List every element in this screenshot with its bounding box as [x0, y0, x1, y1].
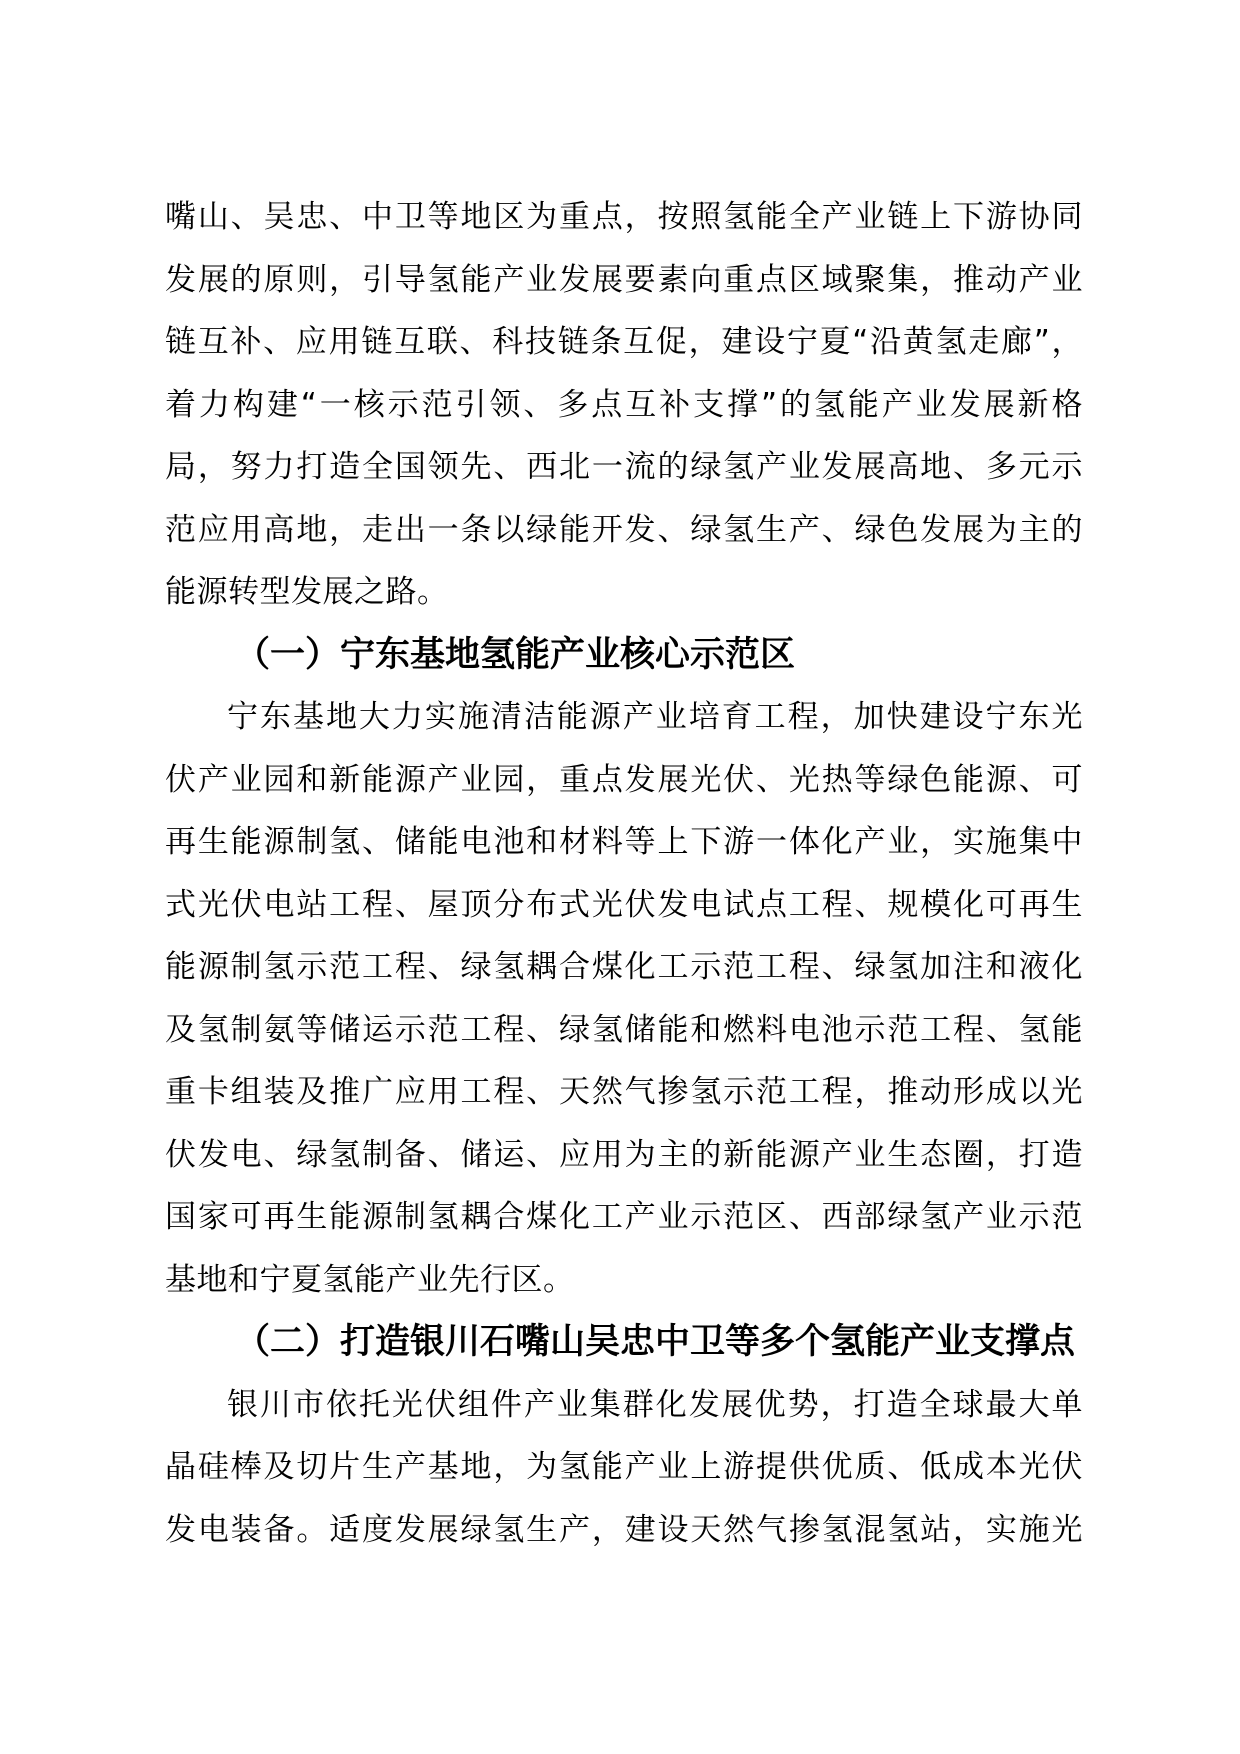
paragraph-section-2: 银川市依托光伏组件产业集群化发展优势，打造全球最大单 晶硅棒及切片生产基地，为氢…: [165, 1374, 1083, 1562]
body-line: 及氢制氨等储运示范工程、绿氢储能和燃料电池示范工程、氢能: [165, 999, 1083, 1062]
body-line: 基地和宁夏氢能产业先行区。: [165, 1249, 1083, 1312]
paragraph-continuation: 嘴山、吴忠、中卫等地区为重点，按照氢能全产业链上下游协同 发展的原则，引导氢能产…: [165, 186, 1083, 624]
body-line: 国家可再生能源制氢耦合煤化工产业示范区、西部绿氢产业示范: [165, 1186, 1083, 1249]
body-line: 局，努力打造全国领先、西北一流的绿氢产业发展高地、多元示: [165, 436, 1083, 499]
body-line: 晶硅棒及切片生产基地，为氢能产业上游提供优质、低成本光伏: [165, 1436, 1083, 1499]
section-heading-1: （一）宁东基地氢能产业核心示范区: [165, 624, 1083, 687]
body-line: 再生能源制氢、储能电池和材料等上下游一体化产业，实施集中: [165, 811, 1083, 874]
body-line: 发展的原则，引导氢能产业发展要素向重点区域聚集，推动产业: [165, 249, 1083, 312]
page-body: 嘴山、吴忠、中卫等地区为重点，按照氢能全产业链上下游协同 发展的原则，引导氢能产…: [165, 186, 1083, 1561]
body-line: 范应用高地，走出一条以绿能开发、绿氢生产、绿色发展为主的: [165, 499, 1083, 562]
body-line: 伏发电、绿氢制备、储运、应用为主的新能源产业生态圈，打造: [165, 1124, 1083, 1187]
paragraph-section-1: 宁东基地大力实施清洁能源产业培育工程，加快建设宁东光 伏产业园和新能源产业园，重…: [165, 686, 1083, 1311]
body-line: 着力构建“一核示范引领、多点互补支撑”的氢能产业发展新格: [165, 374, 1083, 437]
document-page: 嘴山、吴忠、中卫等地区为重点，按照氢能全产业链上下游协同 发展的原则，引导氢能产…: [0, 0, 1240, 1754]
section-heading-2: （二）打造银川石嘴山吴忠中卫等多个氢能产业支撑点: [165, 1311, 1083, 1374]
body-line: 发电装备。适度发展绿氢生产，建设天然气掺氢混氢站，实施光: [165, 1499, 1083, 1562]
body-line: 式光伏电站工程、屋顶分布式光伏发电试点工程、规模化可再生: [165, 874, 1083, 937]
body-line: 重卡组装及推广应用工程、天然气掺氢示范工程，推动形成以光: [165, 1061, 1083, 1124]
body-line: 宁东基地大力实施清洁能源产业培育工程，加快建设宁东光: [165, 686, 1083, 749]
body-line: 伏产业园和新能源产业园，重点发展光伏、光热等绿色能源、可: [165, 749, 1083, 812]
body-line: 嘴山、吴忠、中卫等地区为重点，按照氢能全产业链上下游协同: [165, 186, 1083, 249]
body-line: 银川市依托光伏组件产业集群化发展优势，打造全球最大单: [165, 1374, 1083, 1437]
body-line: 链互补、应用链互联、科技链条互促，建设宁夏“沿黄氢走廊”，: [165, 311, 1083, 374]
body-line: 能源制氢示范工程、绿氢耦合煤化工示范工程、绿氢加注和液化: [165, 936, 1083, 999]
body-line: 能源转型发展之路。: [165, 561, 1083, 624]
